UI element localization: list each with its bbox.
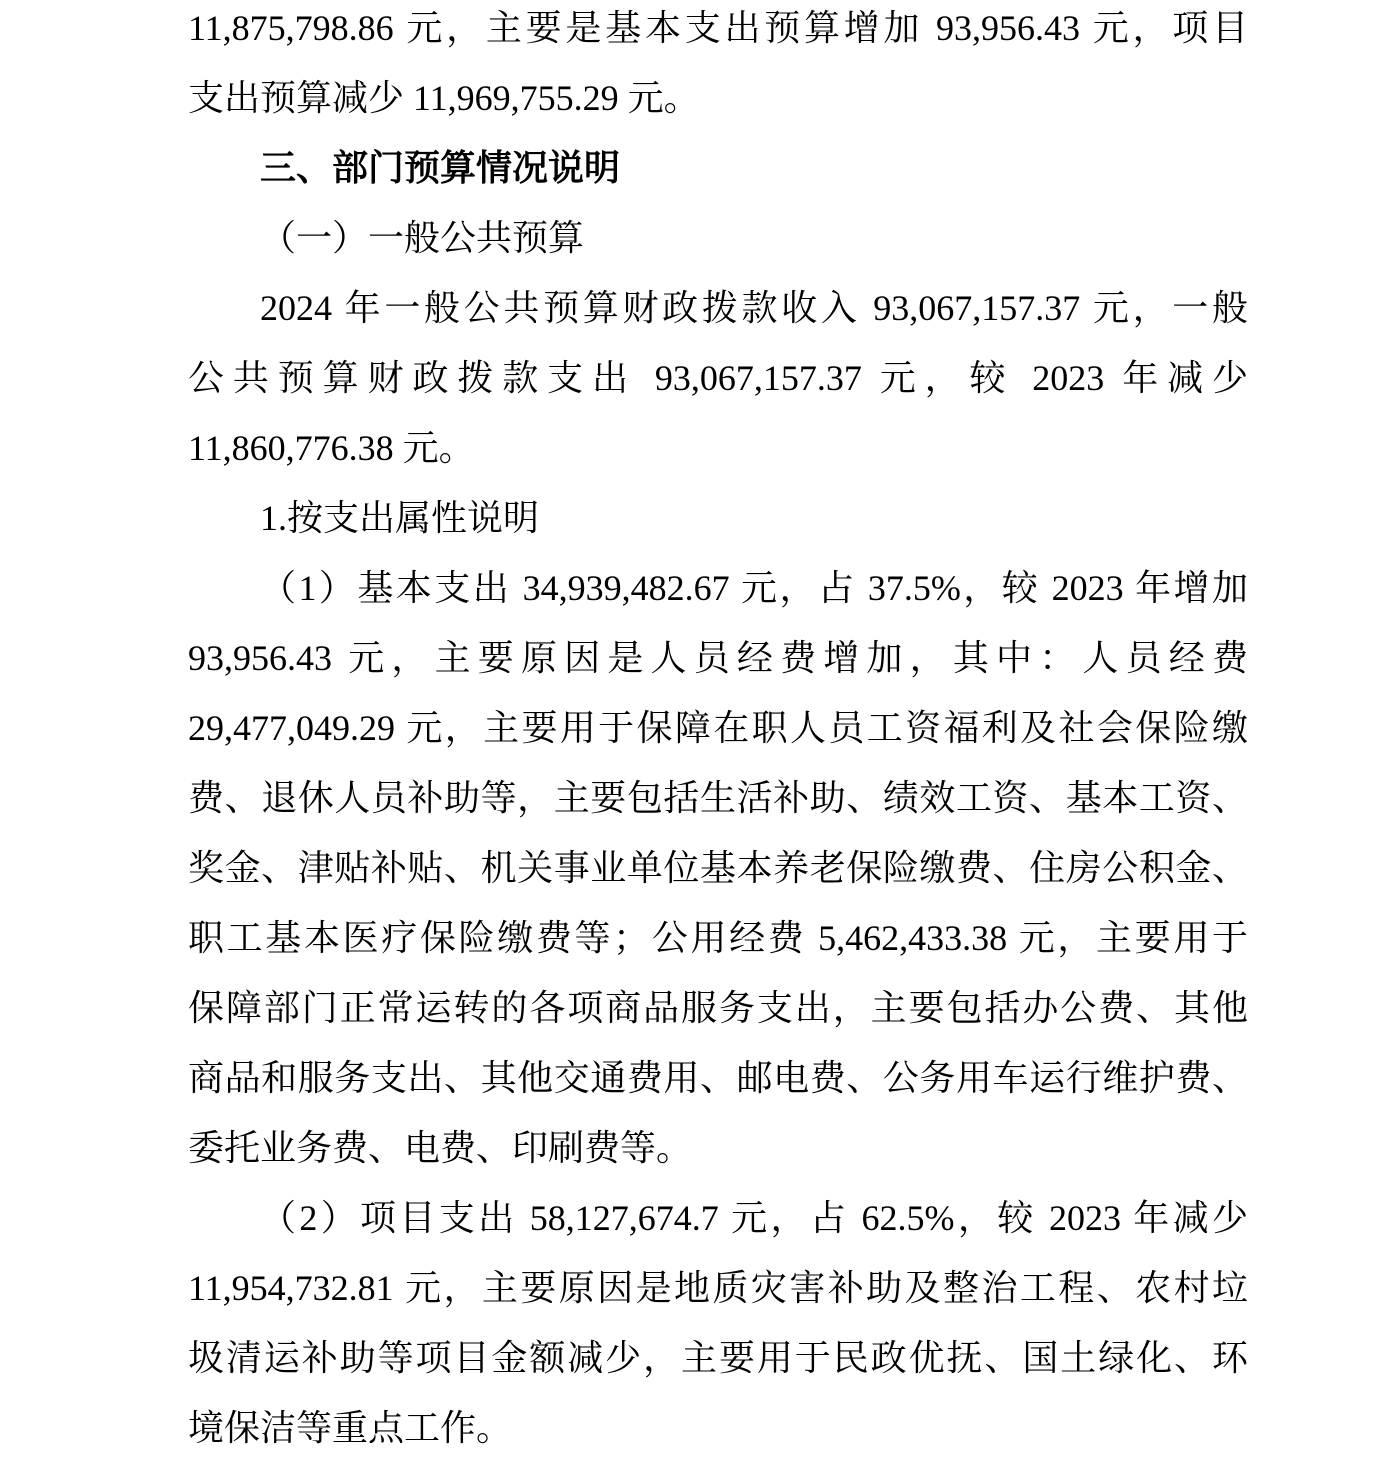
text-line: 93,956.43 元，主要原因是人员经费增加，其中：人员经费 — [188, 623, 1248, 693]
paragraph: 1.按支出属性说明 — [188, 483, 1248, 553]
section-heading: 三、部门预算情况说明 — [188, 133, 1248, 203]
paragraph: 11,875,798.86 元，主要是基本支出预算增加 93,956.43 元，… — [188, 0, 1248, 133]
text-line: 三、部门预算情况说明 — [188, 133, 1248, 203]
text-line: 2024 年一般公共预算财政拨款收入 93,067,157.37 元，一般 — [188, 273, 1248, 343]
text-line: 职工基本医疗保险缴费等；公用经费 5,462,433.38 元，主要用于 — [188, 903, 1248, 973]
paragraph: 2024 年一般公共预算财政拨款收入 93,067,157.37 元，一般公共预… — [188, 273, 1248, 483]
text-line: 公共预算财政拨款支出 93,067,157.37 元，较 2023 年减少 — [188, 343, 1248, 413]
text-line: 11,954,732.81 元，主要原因是地质灾害补助及整治工程、农村垃 — [188, 1253, 1248, 1323]
text-line: 商品和服务支出、其他交通费用、邮电费、公务用车运行维护费、 — [188, 1043, 1248, 1113]
subsection-heading: （一）一般公共预算 — [188, 203, 1248, 273]
text-line: 费、退休人员补助等，主要包括生活补助、绩效工资、基本工资、 — [188, 763, 1248, 833]
paragraph: （2）项目支出 58,127,674.7 元，占 62.5%，较 2023 年减… — [188, 1183, 1248, 1457]
text-line: 1.按支出属性说明 — [188, 483, 1248, 553]
text-line: 保障部门正常运转的各项商品服务支出，主要包括办公费、其他 — [188, 973, 1248, 1043]
text-line: 境保洁等重点工作。 — [188, 1393, 1248, 1457]
text-line: 11,875,798.86 元，主要是基本支出预算增加 93,956.43 元，… — [188, 0, 1248, 63]
text-line: （2）项目支出 58,127,674.7 元，占 62.5%，较 2023 年减… — [188, 1183, 1248, 1253]
document-body: 11,875,798.86 元，主要是基本支出预算增加 93,956.43 元，… — [188, 0, 1248, 1457]
text-line: 11,860,776.38 元。 — [188, 413, 1248, 483]
text-line: 奖金、津贴补贴、机关事业单位基本养老保险缴费、住房公积金、 — [188, 833, 1248, 903]
text-line: 支出预算减少 11,969,755.29 元。 — [188, 63, 1248, 133]
text-line: 29,477,049.29 元，主要用于保障在职人员工资福利及社会保险缴 — [188, 693, 1248, 763]
document-page: 11,875,798.86 元，主要是基本支出预算增加 93,956.43 元，… — [188, 0, 1248, 1457]
paragraph: （1）基本支出 34,939,482.67 元，占 37.5%，较 2023 年… — [188, 553, 1248, 1183]
text-line: （一）一般公共预算 — [188, 203, 1248, 273]
text-line: 圾清运补助等项目金额减少，主要用于民政优抚、国土绿化、环 — [188, 1323, 1248, 1393]
text-line: 委托业务费、电费、印刷费等。 — [188, 1113, 1248, 1183]
text-line: （1）基本支出 34,939,482.67 元，占 37.5%，较 2023 年… — [188, 553, 1248, 623]
